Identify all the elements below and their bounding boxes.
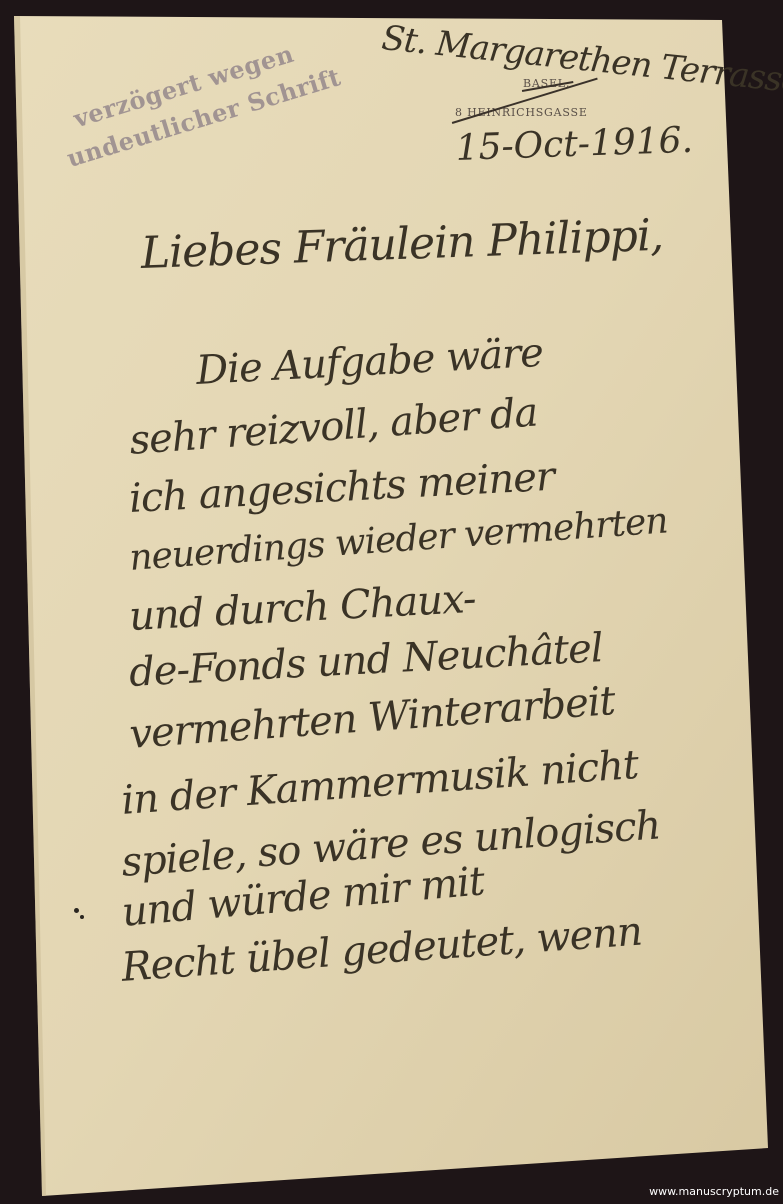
ink-mark [74, 908, 79, 913]
ink-mark [80, 915, 84, 919]
site-watermark: www.manuscryptum.de [649, 1185, 779, 1198]
letter-paper: verzögert wegen undeutlicher Schrift BAS… [0, 0, 783, 1204]
letter-date: 15-Oct-1916. [455, 120, 694, 169]
letterhead-street: 8 HEINRICHSGASSE [455, 106, 588, 119]
